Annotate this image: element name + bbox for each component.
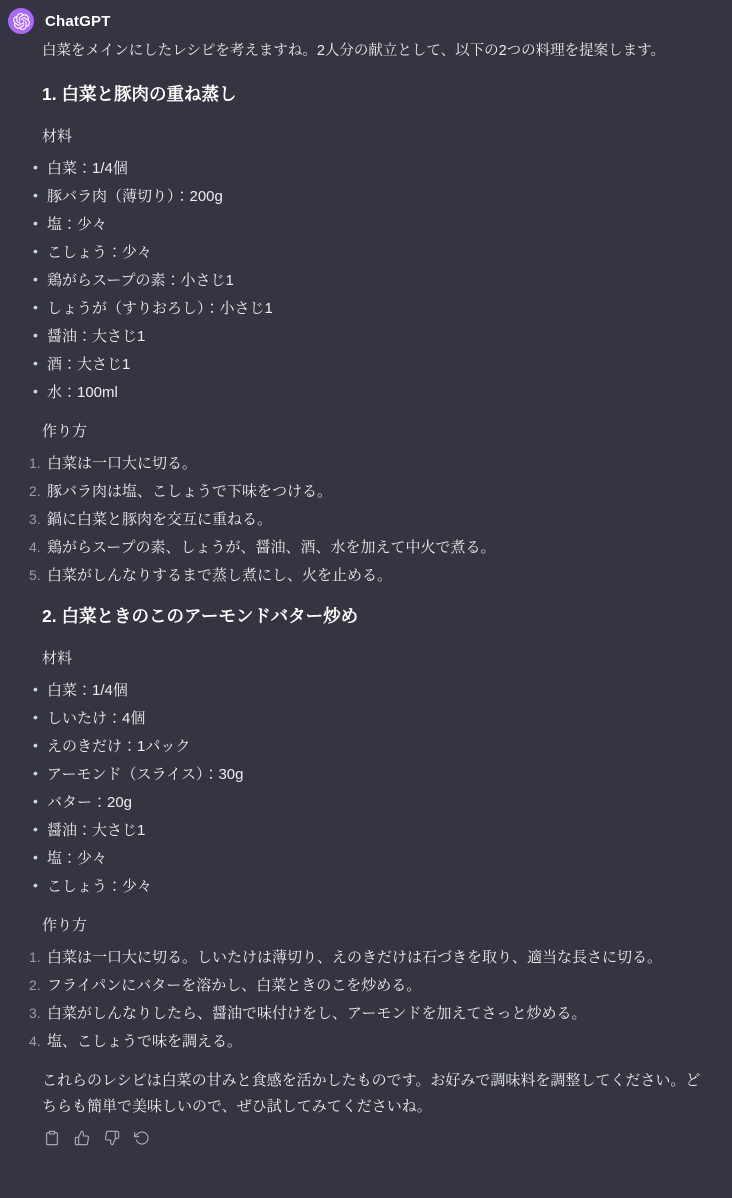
thumbs-up-icon (74, 1130, 90, 1146)
outro-paragraph: これらのレシピは白菜の甘みと食感を活かしたものです。お好みで調味料を調整してくだ… (42, 1068, 704, 1120)
ingredient-item: 水：100ml (42, 384, 704, 401)
thumbs-down-button[interactable] (100, 1128, 124, 1148)
sender-name: ChatGPT (45, 13, 111, 30)
message-actions (40, 1128, 704, 1148)
ingredient-item: アーモンド（スライス）：30g (42, 766, 704, 783)
ingredient-item: 豚バラ肉（薄切り）：200g (42, 188, 704, 205)
recipe-2-ingredient-list: 白菜：1/4個 しいたけ：4個 えのきだけ：1パック アーモンド（スライス）：3… (42, 682, 704, 895)
ingredient-item: 塩：少々 (42, 216, 704, 233)
copy-button[interactable] (40, 1128, 64, 1148)
step-item: 鍋に白菜と豚肉を交互に重ねる。 (42, 511, 704, 528)
openai-logo-icon (13, 13, 30, 30)
recipe-1-ingredients-label: 材料 (42, 128, 704, 145)
thumbs-up-button[interactable] (70, 1128, 94, 1148)
message-content: 白菜をメインにしたレシピを考えますね。2人分の献立として、以下の2つの料理を提案… (42, 40, 710, 1148)
assistant-message: ChatGPT 白菜をメインにしたレシピを考えますね。2人分の献立として、以下の… (0, 0, 732, 1148)
step-item: フライパンにバターを溶かし、白菜ときのこを炒める。 (42, 977, 704, 994)
ingredient-item: 酒：大さじ1 (42, 356, 704, 373)
ingredient-item: えのきだけ：1パック (42, 738, 704, 755)
step-item: 白菜は一口大に切る。 (42, 455, 704, 472)
recipe-1-step-list: 白菜は一口大に切る。 豚バラ肉は塩、こしょうで下味をつける。 鍋に白菜と豚肉を交… (42, 455, 704, 584)
ingredient-item: こしょう：少々 (42, 878, 704, 895)
step-item: 白菜は一口大に切る。しいたけは薄切り、えのきだけは石づきを取り、適当な長さに切る… (42, 949, 704, 966)
ingredient-item: 白菜：1/4個 (42, 160, 704, 177)
message-header: ChatGPT (8, 8, 710, 34)
step-item: 白菜がしんなりするまで蒸し煮にし、火を止める。 (42, 567, 704, 584)
ingredient-item: 醤油：大さじ1 (42, 328, 704, 345)
recipe-2-title: 2. 白菜ときのこのアーモンドバター炒め (42, 604, 704, 628)
ingredient-item: 鶏がらスープの素：小さじ1 (42, 272, 704, 289)
ingredient-item: 白菜：1/4個 (42, 682, 704, 699)
copy-icon (44, 1130, 60, 1146)
ingredient-item: バター：20g (42, 794, 704, 811)
ingredient-item: 醤油：大さじ1 (42, 822, 704, 839)
step-item: 塩、こしょうで味を調える。 (42, 1033, 704, 1050)
regenerate-button[interactable] (130, 1128, 154, 1148)
recipe-2-ingredients-label: 材料 (42, 650, 704, 667)
recipe-2-step-list: 白菜は一口大に切る。しいたけは薄切り、えのきだけは石づきを取り、適当な長さに切る… (42, 949, 704, 1050)
chatgpt-avatar (8, 8, 34, 34)
ingredient-item: しょうが（すりおろし）：小さじ1 (42, 300, 704, 317)
thumbs-down-icon (104, 1130, 120, 1146)
ingredient-item: しいたけ：4個 (42, 710, 704, 727)
step-item: 白菜がしんなりしたら、醤油で味付けをし、アーモンドを加えてさっと炒める。 (42, 1005, 704, 1022)
step-item: 豚バラ肉は塩、こしょうで下味をつける。 (42, 483, 704, 500)
recipe-2-steps-label: 作り方 (42, 917, 704, 934)
ingredient-item: 塩：少々 (42, 850, 704, 867)
intro-paragraph: 白菜をメインにしたレシピを考えますね。2人分の献立として、以下の2つの料理を提案… (42, 40, 704, 62)
regenerate-icon (134, 1130, 150, 1146)
recipe-1-steps-label: 作り方 (42, 423, 704, 440)
recipe-1-ingredient-list: 白菜：1/4個 豚バラ肉（薄切り）：200g 塩：少々 こしょう：少々 鶏がらス… (42, 160, 704, 401)
recipe-1-title: 1. 白菜と豚肉の重ね蒸し (42, 82, 704, 106)
step-item: 鶏がらスープの素、しょうが、醤油、酒、水を加えて中火で煮る。 (42, 539, 704, 556)
ingredient-item: こしょう：少々 (42, 244, 704, 261)
